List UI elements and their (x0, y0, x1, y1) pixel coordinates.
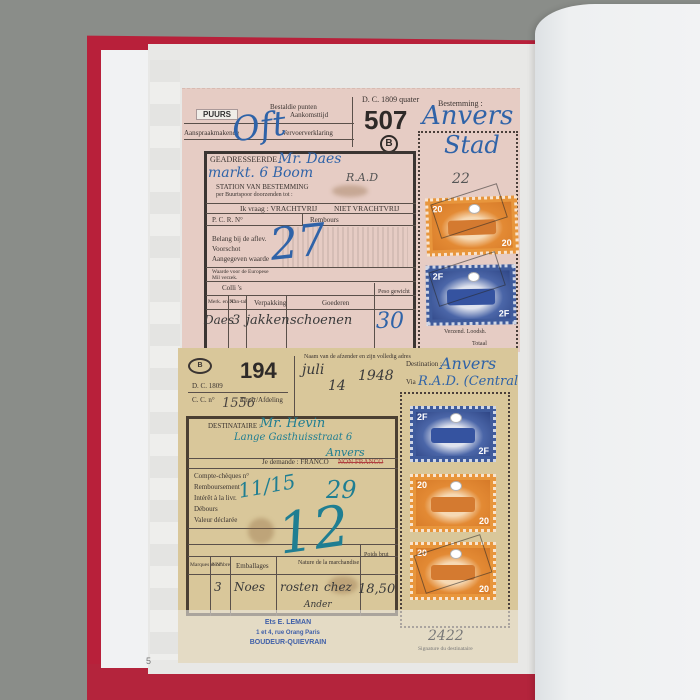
pencil-ref: 2422 (428, 628, 464, 644)
row-hand-sub: Ander (304, 600, 332, 610)
destination-hand-1: Anvers (422, 101, 513, 131)
row-hand-goods: schoenen (290, 313, 352, 328)
col-gewicht: Peso gewicht (378, 289, 410, 295)
scribble-signature: Oft (229, 103, 288, 150)
row-hand-count: 3 (232, 313, 240, 328)
freight-line-1: Ik vraag : VRACHTVRIJ (240, 204, 317, 213)
row-hand-weight: 18,50 (358, 582, 395, 597)
field-voorschot: Voorschot (212, 245, 240, 253)
header-small-4: Vervoerverklaring (282, 129, 333, 137)
totaal-label: Totaal (472, 341, 487, 347)
pcr-label: P. C. R. N° (212, 216, 243, 224)
dealer-handstamp: Ets E. LEMAN 1 et 4, rue Orang Paris BOU… (218, 618, 358, 648)
signature-label: Signature du destinataire (418, 646, 473, 652)
consignee-hand-1: Mr. Hevin (260, 416, 325, 431)
handwritten-22: 22 (452, 171, 470, 187)
stockpage-strips (150, 60, 180, 660)
waybill-507[interactable]: PUURS Bestaldie punten Aankomsttijd Aans… (182, 88, 520, 352)
via-hand: R.A.D. (Central) (418, 374, 518, 389)
sncb-emblem-icon: B (188, 358, 212, 374)
consignee-hand-2: Lange Gasthuisstraat 6 (234, 432, 352, 443)
glassine-interleaf[interactable] (535, 4, 700, 700)
page-pencil-number: 5 (146, 656, 151, 666)
form-code: D. C. 1809 (192, 382, 223, 390)
waybill-number: 194 (240, 358, 277, 384)
hand-ccn: 1556 (222, 396, 255, 411)
destination-label: Destination : (406, 360, 442, 368)
consignee-label: DESTINATAIRE : (208, 422, 261, 430)
field-aangegeven: Aangegeven waarde (212, 255, 269, 263)
field-debours: Débours (194, 505, 218, 513)
field-valeur: Valeur déclarée (194, 516, 237, 524)
col-verpakking: Verpakking (254, 299, 286, 307)
hand-date-year: 1948 (358, 368, 394, 384)
album-page-edge (101, 50, 150, 668)
station-label: STATION VAN BESTEMMING (216, 183, 309, 191)
row-hand-packing: Noes (234, 580, 265, 594)
waybill-194[interactable]: B 194 D. C. 1809 C. C. n° Tiroir/Afdelin… (178, 348, 518, 663)
row-hand-count: 3 (214, 580, 222, 594)
ccn-label: C. C. n° (192, 396, 215, 404)
waybill-number: 507 (364, 105, 407, 136)
col-goederen: Goederen (322, 299, 349, 307)
freight-line-2: NIET VRACHTVRIJ (334, 204, 399, 213)
station-sub: per Buurtspoor doorzenden tot : (216, 192, 293, 198)
verzender-label: Verzend. Loodsh. (444, 329, 486, 335)
colli-label: Colli 's (222, 284, 242, 292)
row-hand-goods: rosten (280, 580, 319, 594)
railway-stamp-blue-2f[interactable]: 2F 2F (410, 406, 496, 462)
handwritten-amount: 27 (267, 214, 328, 271)
hand-date-day: 14 (328, 378, 346, 394)
form-code: D. C. 1809 quater (362, 95, 419, 104)
europe-note: Waarde voor de Europese Mil verzek. (212, 269, 272, 281)
consignee-hand-2: markt. 6 Boom (208, 165, 313, 181)
row-hand-marks: Daes (204, 313, 234, 327)
railway-stamp-orange-20[interactable]: 20 20 (410, 474, 496, 532)
consignee-label: GEADRESSEERDE : (210, 155, 281, 164)
header-small-2: Aankomsttijd (290, 111, 328, 119)
col-emballages: Emballages (236, 562, 269, 570)
col-nombre: Nombre (212, 562, 230, 568)
franco-line-2: NON FRANCO (338, 458, 383, 466)
header-small-3: Aanspraakmakende (184, 129, 239, 137)
franco-line-1: Je demande : FRANCO (262, 458, 329, 466)
field-remboursement: Remboursement (194, 483, 240, 491)
col-poids: Poids brut (364, 552, 389, 558)
field-interet: Intérêt à la livr. (194, 494, 237, 502)
row-hand-weight: 30 (376, 309, 404, 334)
hand-date-month: juli (302, 362, 324, 378)
consignee-hand-3: R.A.D (346, 171, 378, 184)
hand-big-number: 12 (274, 493, 354, 567)
sender-label: Naam van de afzender en zijn volledig ad… (304, 354, 411, 360)
destination-hand: Anvers (440, 354, 496, 373)
col-aantal: Aan-tal (230, 299, 247, 305)
field-belang: Belang bij de aflev. (212, 235, 266, 243)
row-hand-packing: jakken (246, 313, 290, 328)
via-label: Via (406, 378, 416, 386)
row-hand-goods-2: chez (324, 580, 352, 594)
